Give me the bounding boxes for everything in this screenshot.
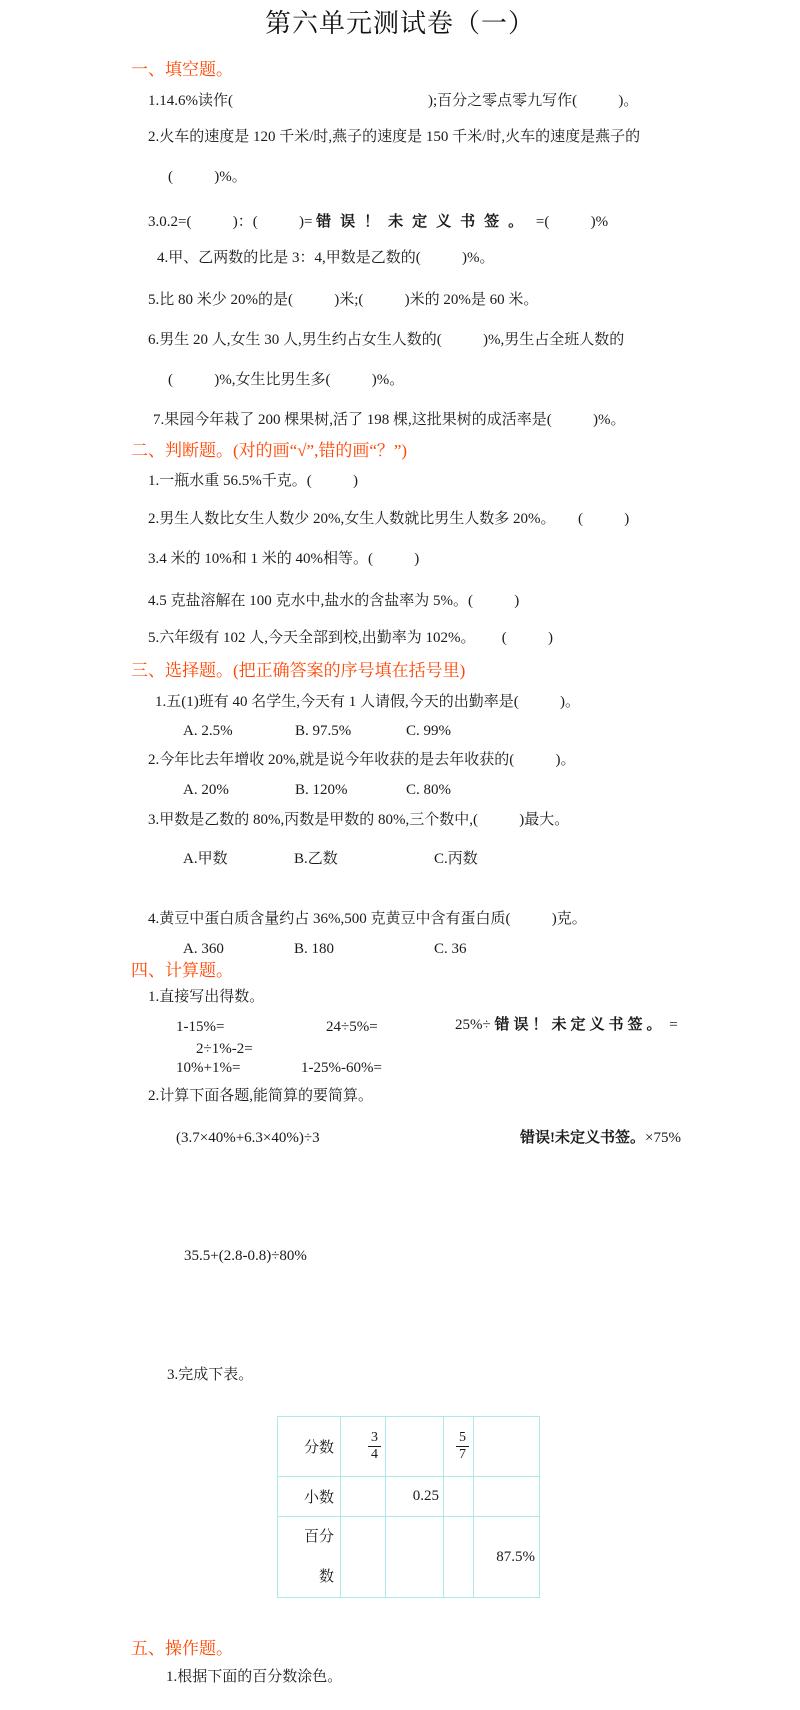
section4-heading: 四、计算题。: [131, 960, 233, 981]
fraction-cell: 57: [444, 1417, 474, 1477]
s1-q3: 3.0.2=( )：( )= 错误！未定义书签。 =( )%: [148, 213, 608, 232]
fraction-cell: 34: [341, 1417, 386, 1477]
option-a: A. 360: [183, 940, 294, 959]
s4-calc2: 2÷1%-2=: [196, 1040, 253, 1059]
option-a: A.甲数: [183, 850, 294, 869]
table-empty-cell: [474, 1417, 540, 1477]
s3-q4-options: A. 360B. 180C. 36: [183, 940, 467, 959]
s5-q1: 1.根据下面的百分数涂色。: [166, 1668, 342, 1687]
s1-q2-line2: ( )%。: [168, 168, 247, 187]
s4-sub3: 3.完成下表。: [167, 1366, 253, 1385]
s2-q5: 5.六年级有 102 人,今天全部到校,出勤率为 102%。 ( ): [148, 629, 553, 648]
s4-sub2: 2.计算下面各题,能简算的要简算。: [148, 1087, 373, 1106]
s4-expr2: 35.5+(2.8-0.8)÷80%: [184, 1247, 307, 1266]
s3-q3-options: A.甲数B.乙数C.丙数: [183, 850, 478, 869]
table-row: 分数 34 57: [278, 1417, 540, 1477]
option-a: A. 2.5%: [183, 722, 295, 741]
table-empty-cell: [474, 1477, 540, 1517]
row-label-percent: 百分数: [278, 1517, 341, 1598]
fraction-3-4: 34: [368, 1430, 381, 1463]
option-a: A. 20%: [183, 781, 295, 800]
option-b: B.乙数: [294, 850, 434, 869]
s1-q7: 7.果园今年栽了 200 棵果树,活了 198 棵,这批果树的成活率是( )%。: [153, 411, 626, 430]
option-c: C.丙数: [434, 851, 478, 867]
section5-heading: 五、操作题。: [131, 1638, 233, 1659]
s3-q4: 4.黄豆中蛋白质含量约占 36%,500 克黄豆中含有蛋白质( )克。: [148, 910, 587, 929]
table-empty-cell: [386, 1517, 444, 1598]
s1-q4: 4.甲、乙两数的比是 3：4,甲数是乙数的( )%。: [157, 249, 495, 268]
fraction-5-7: 57: [456, 1430, 469, 1463]
bookmark-error-text: 错误!未定义书签。: [520, 1130, 645, 1146]
table-empty-cell: [341, 1477, 386, 1517]
s4-calc1-c-pre: 25%÷: [455, 1017, 494, 1033]
fraction-denominator: 7: [456, 1447, 469, 1463]
s1-q5: 5.比 80 米少 20%的是( )米;( )米的 20%是 60 米。: [148, 291, 538, 310]
section2-heading: 二、判断题。(对的画“√”,错的画“？”): [131, 440, 407, 461]
s4-calc3-a: 10%+1%=: [176, 1059, 240, 1078]
s4-calc1-a: 1-15%=: [176, 1018, 224, 1037]
section3-heading: 三、选择题。(把正确答案的序号填在括号里): [131, 660, 465, 681]
bookmark-error-text: 错误！未定义书签。: [494, 1017, 665, 1033]
row-label-decimal: 小数: [278, 1477, 341, 1517]
s3-q2: 2.今年比去年增收 20%,就是说今年收获的是去年收获的( )。: [148, 751, 576, 770]
fraction-numerator: 5: [456, 1430, 469, 1447]
s4-sub1: 1.直接写出得数。: [148, 988, 264, 1007]
s3-q1: 1.五(1)班有 40 名学生,今天有 1 人请假,今天的出勤率是( )。: [155, 693, 580, 712]
s4-expr1-right: 错误!未定义书签。×75%: [520, 1129, 681, 1148]
s4-expr1-left: (3.7×40%+6.3×40%)÷3: [176, 1129, 320, 1148]
table-row: 小数 0.25: [278, 1477, 540, 1517]
s1-q3-post: =( )%: [532, 214, 608, 230]
s1-q6-line1: 6.男生 20 人,女生 30 人,男生约占女生人数的( )%,男生占全班人数的: [148, 331, 624, 350]
bookmark-error-text: 错误！未定义书签。: [316, 214, 532, 230]
test-paper-page: { "page": { "title": "第六单元测试卷（一）", "acce…: [0, 0, 800, 1710]
table-empty-cell: [341, 1517, 386, 1598]
s4-calc1-c-post: =: [666, 1017, 678, 1033]
table-empty-cell: [386, 1417, 444, 1477]
s3-q2-options: A. 20%B. 120%C. 80%: [183, 781, 451, 800]
s1-q2-line1: 2.火车的速度是 120 千米/时,燕子的速度是 150 千米/时,火车的速度是…: [148, 128, 640, 147]
s3-q1-options: A. 2.5%B. 97.5%C. 99%: [183, 722, 451, 741]
option-c: C. 99%: [406, 723, 451, 739]
option-b: B. 180: [294, 940, 434, 959]
s4-calc3-b: 1-25%-60%=: [301, 1059, 382, 1078]
conversion-table: 分数 34 57 小数 0.25 百分数 87.5%: [277, 1416, 540, 1598]
fraction-numerator: 3: [368, 1430, 381, 1447]
s1-q3-pre: 3.0.2=( )：( )=: [148, 214, 316, 230]
percent-cell: 87.5%: [474, 1517, 540, 1598]
option-c: C. 80%: [406, 782, 451, 798]
option-b: B. 97.5%: [295, 722, 406, 741]
section1-heading: 一、填空题。: [131, 59, 233, 80]
s2-q2: 2.男生人数比女生人数少 20%,女生人数就比男生人数多 20%。 ( ): [148, 510, 629, 529]
option-c: C. 36: [434, 941, 467, 957]
s2-q1: 1.一瓶水重 56.5%千克。( ): [148, 472, 358, 491]
s1-q6-line2: ( )%,女生比男生多( )%。: [168, 371, 404, 390]
page-title: 第六单元测试卷（一）: [0, 8, 800, 41]
s1-q1: 1.14.6%读作( );百分之零点零九写作( )。: [148, 92, 638, 111]
decimal-cell: 0.25: [386, 1477, 444, 1517]
row-label-fraction: 分数: [278, 1417, 341, 1477]
table-empty-cell: [444, 1477, 474, 1517]
option-b: B. 120%: [295, 781, 406, 800]
row-label-percent-text: 百分数: [300, 1517, 334, 1597]
s4-calc1-c: 25%÷ 错误！未定义书签。 =: [455, 1016, 678, 1035]
s4-calc1-b: 24÷5%=: [326, 1018, 378, 1037]
s2-q4: 4.5 克盐溶解在 100 克水中,盐水的含盐率为 5%。( ): [148, 592, 519, 611]
table-row: 百分数 87.5%: [278, 1517, 540, 1598]
table-empty-cell: [444, 1517, 474, 1598]
fraction-denominator: 4: [368, 1447, 381, 1463]
s3-q3: 3.甲数是乙数的 80%,丙数是甲数的 80%,三个数中,( )最大。: [148, 811, 569, 830]
s2-q3: 3.4 米的 10%和 1 米的 40%相等。( ): [148, 550, 419, 569]
s4-expr1-post: ×75%: [645, 1130, 681, 1146]
